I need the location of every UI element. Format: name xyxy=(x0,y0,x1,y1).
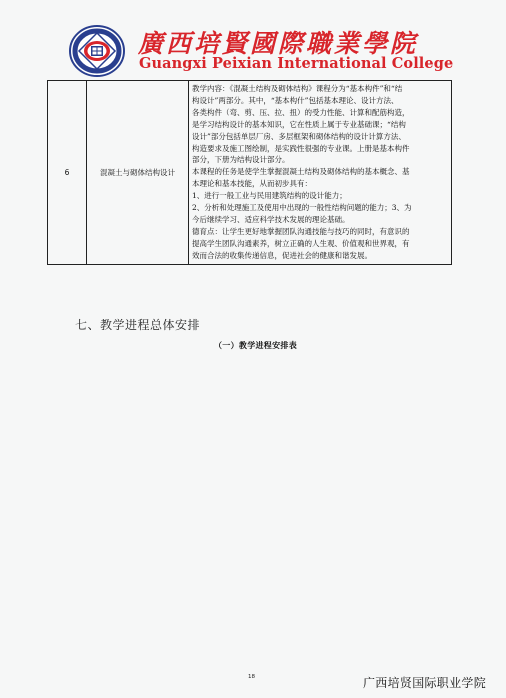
course-description-cell: 教学内容：《混凝土结构及砌体结构》课程分为“基本构件”和“结 构设计”两部分。其… xyxy=(189,81,452,265)
description-line: 今后继续学习、适应科学技术发展的理论基础。 xyxy=(192,214,448,226)
table-row: 6 混凝土与砌体结构设计 教学内容：《混凝土结构及砌体结构》课程分为“基本构件”… xyxy=(48,81,452,265)
college-name-english: Guangxi Peixian International College xyxy=(139,55,453,72)
course-table: 6 混凝土与砌体结构设计 教学内容：《混凝土结构及砌体结构》课程分为“基本构件”… xyxy=(47,80,452,265)
description-line: 2、分析和处理施工及使用中出现的一般性结构问题的能力；3、为 xyxy=(192,202,448,214)
subsection-heading: （一）教学进程安排表 xyxy=(214,340,297,351)
description-line: 各类构件（弯、剪、压、拉、扭）的受力性能、计算和配筋构造， xyxy=(192,107,448,119)
description-line: 教学内容：《混凝土结构及砌体结构》课程分为“基本构件”和“结 xyxy=(192,83,448,95)
course-number-cell: 6 xyxy=(48,81,87,265)
section-heading: 七、教学进程总体安排 xyxy=(75,316,200,333)
description-line: 构造要求及施工图绘制，是实践性很强的专业课。上册是基本构件 xyxy=(192,143,448,155)
description-line: 部分，下册为结构设计部分。 xyxy=(192,154,448,166)
description-line: 本课程的任务是使学生掌握混凝土结构及砌体结构的基本概念、基 xyxy=(192,166,448,178)
description-line: 效而合法的收集传递信息，促进社会的健康和谐发展。 xyxy=(192,250,448,262)
description-line: 提高学生团队沟通素养，树立正确的人生观、价值观和世界观，有 xyxy=(192,238,448,250)
footer-college-name: 广西培贤国际职业学院 xyxy=(363,674,486,691)
description-line: 1、进行一般工业与民用建筑结构的设计能力； xyxy=(192,190,448,202)
description-line: 设计”部分包括单层厂房、多层框架和砌体结构的设计计算方法、 xyxy=(192,131,448,143)
description-line: 构设计”两部分。其中，“基本构什”包括基本理论、设计方法、 xyxy=(192,95,448,107)
description-line: 本理论和基本技能，从而初步具有： xyxy=(192,178,448,190)
description-line: 是学习结构设计的基本知识，它在性质上属于专业基础课；“结构 xyxy=(192,119,448,131)
page-header: 廣西培賢國際職業學院 Guangxi Peixian International… xyxy=(64,22,454,78)
description-line: 德育点：让学生更好地掌握团队沟通技能与技巧的同时，有意识的 xyxy=(192,226,448,238)
page-number: 18 xyxy=(248,674,255,680)
college-emblem-icon xyxy=(68,24,126,78)
course-name-cell: 混凝土与砌体结构设计 xyxy=(87,81,189,265)
